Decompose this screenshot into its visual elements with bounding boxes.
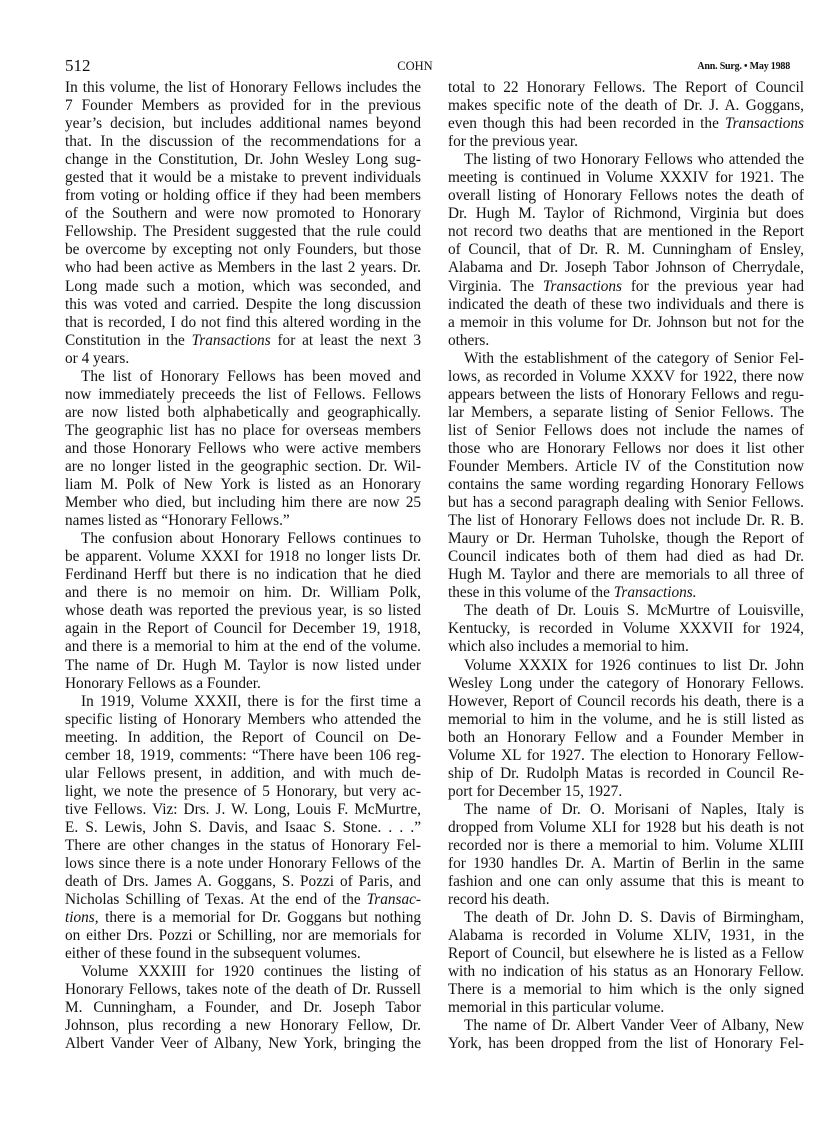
text-line: The death of Dr. John D. S. Davis of Bir…	[448, 909, 804, 927]
text-line: Volume XL for 1927. The election to Hono…	[448, 747, 804, 765]
text-line: Maury or Dr. Herman Tuholske, though the…	[448, 530, 804, 548]
text-line: With the establishment of the category o…	[448, 350, 804, 368]
text-line: There is a memorial to him which is the …	[448, 981, 804, 999]
text-line: and there is a memorial to him at the en…	[65, 638, 421, 656]
text-line: Nicholas Schilling of Texas. At the end …	[65, 891, 421, 909]
text-line: those who are Honorary Fellows nor does …	[448, 440, 804, 458]
italic-title: Transactions	[192, 332, 271, 349]
text-line: Volume XXXIII for 1920 continues the lis…	[65, 963, 421, 981]
text-line: ship of Dr. Rudolph Matas is recorded in…	[448, 765, 804, 783]
text-line: whose death was reported the previous ye…	[65, 602, 421, 620]
text-line: Virginia. The Transactions for the previ…	[448, 278, 804, 296]
text-line: overall listing of Honorary Fellows note…	[448, 187, 804, 205]
text-line: change in the Constitution, Dr. John Wes…	[65, 151, 421, 169]
text-line: liam M. Polk of New York is listed as an…	[65, 476, 421, 494]
text-line: York, has been dropped from the list of …	[448, 1035, 804, 1053]
text-line: Constitution in the Transactions for at …	[65, 332, 421, 350]
text-line: The death of Dr. Louis S. McMurtre of Lo…	[448, 602, 804, 620]
text-line: Albert Vander Veer of Albany, New York, …	[65, 1035, 421, 1053]
text-line: Council indicates both of them had died …	[448, 548, 804, 566]
text-line: who had been active as Members in the la…	[65, 259, 421, 277]
text-line: ular Fellows present, in addition, and w…	[65, 765, 421, 783]
text-line: year’s decision, but includes additional…	[65, 115, 421, 133]
text-line: are no longer listed in the geographic s…	[65, 458, 421, 476]
text-line: Honorary Fellows as a Founder.	[65, 675, 421, 693]
text-line: The name of Dr. Hugh M. Taylor is now li…	[65, 657, 421, 675]
text-line: memorial in this particular volume.	[448, 999, 804, 1017]
text-line: lows since there is a note under Honorar…	[65, 855, 421, 873]
text-line: Dr. Hugh M. Taylor of Richmond, Virginia…	[448, 205, 804, 223]
text-line: The listing of two Honorary Fellows who …	[448, 151, 804, 169]
text-line: not record two deaths that are mentioned…	[448, 223, 804, 241]
text-line: Wesley Long under the category of Honora…	[448, 675, 804, 693]
text-line: Long made such a motion, which was secon…	[65, 278, 421, 296]
left-column: In this volume, the list of Honorary Fel…	[65, 79, 421, 1054]
text-line: 7 Founder Members as provided for in the…	[65, 97, 421, 115]
text-line: gested that it would be a mistake to pre…	[65, 169, 421, 187]
text-line: tions, there is a memorial for Dr. Gogga…	[65, 909, 421, 927]
running-header: 512 COHN Ann. Surg. • May 1988	[0, 56, 816, 78]
text-line: that is recorded, I do not find this alt…	[65, 314, 421, 332]
text-line: indicated the death of these two individ…	[448, 296, 804, 314]
text-line: with no indication of his status as an H…	[448, 963, 804, 981]
text-line: list of Senior Fellows does not include …	[448, 422, 804, 440]
text-line: this was voted and carried. Despite the …	[65, 296, 421, 314]
text-line: Founder Members. Article IV of the Const…	[448, 458, 804, 476]
text-line: Report of Council, but elsewhere he is l…	[448, 945, 804, 963]
text-line: but has a second paragraph dealing with …	[448, 494, 804, 512]
text-line: dropped from Volume XLI for 1928 but his…	[448, 819, 804, 837]
text-line: from voting or holding office if they ha…	[65, 187, 421, 205]
text-line: The list of Honorary Fellows has been mo…	[65, 368, 421, 386]
text-line: Johnson, plus recording a new Honorary F…	[65, 1017, 421, 1035]
text-line: for 1930 handles Dr. A. Martin of Berlin…	[448, 855, 804, 873]
text-line: port for December 15, 1927.	[448, 783, 804, 801]
text-line: again in the Report of Council for Decem…	[65, 620, 421, 638]
text-line: cember 18, 1919, comments: “There have b…	[65, 747, 421, 765]
running-title: COHN	[0, 59, 816, 74]
italic-title: tions,	[65, 909, 99, 926]
text-line: even though this had been recorded in th…	[448, 115, 804, 133]
text-line: E. S. Lewis, John S. Davis, and Isaac S.…	[65, 819, 421, 837]
text-line: be apparent. Volume XXXI for 1918 no lon…	[65, 548, 421, 566]
text-line: names listed as “Honorary Fellows.”	[65, 512, 421, 530]
text-line: Member who died, but including him there…	[65, 494, 421, 512]
italic-title: Transactions.	[614, 584, 697, 601]
text-line: contains the same wording regarding Hono…	[448, 476, 804, 494]
text-line: lar Members, a separate listing of Senio…	[448, 404, 804, 422]
text-line: these in this volume of the Transactions…	[448, 584, 804, 602]
text-line: The confusion about Honorary Fellows con…	[65, 530, 421, 548]
text-line: The name of Dr. Albert Vander Veer of Al…	[448, 1017, 804, 1035]
text-line: be overcome by excepting not only Founde…	[65, 241, 421, 259]
text-line: Alabama is recorded in Volume XLIV, 1931…	[448, 927, 804, 945]
text-line: a memoir in this volume for Dr. Johnson …	[448, 314, 804, 332]
text-line: both an Honorary Fellow and a Founder Me…	[448, 729, 804, 747]
text-line: There are other changes in the status of…	[65, 837, 421, 855]
text-line: Alabama and Dr. Joseph Tabor Johnson of …	[448, 259, 804, 277]
text-line: others.	[448, 332, 804, 350]
text-line: total to 22 Honorary Fellows. The Report…	[448, 79, 804, 97]
text-line: The geographic list has no place for ove…	[65, 422, 421, 440]
text-line: and those Honorary Fellows who were acti…	[65, 440, 421, 458]
text-line: are now listed both alphabetically and g…	[65, 404, 421, 422]
text-line: lows, as recorded in Volume XXXV for 192…	[448, 368, 804, 386]
text-line: light, we note the presence of 5 Honorar…	[65, 783, 421, 801]
text-line: specific listing of Honorary Members who…	[65, 711, 421, 729]
text-line: M. Cunningham, a Founder, and Dr. Joseph…	[65, 999, 421, 1017]
italic-title: Transactions	[543, 278, 622, 295]
text-line: Kentucky, is recorded in Volume XXXVII f…	[448, 620, 804, 638]
text-line: However, Report of Council records his d…	[448, 693, 804, 711]
text-line: In 1919, Volume XXXII, there is for the …	[65, 693, 421, 711]
text-line: makes specific note of the death of Dr. …	[448, 97, 804, 115]
text-line: and there is no memoir on him. Dr. Willi…	[65, 584, 421, 602]
text-line: record his death.	[448, 891, 804, 909]
text-line: appears between the lists of Honorary Fe…	[448, 386, 804, 404]
text-line: In this volume, the list of Honorary Fel…	[65, 79, 421, 97]
journal-citation: Ann. Surg. • May 1988	[697, 61, 790, 72]
text-line: meeting. In addition, the Report of Coun…	[65, 729, 421, 747]
italic-title: Transactions	[725, 115, 804, 132]
text-line: Volume XXXIX for 1926 continues to list …	[448, 657, 804, 675]
italic-title: Transac-	[367, 891, 421, 908]
text-line: that. In the discussion of the recommend…	[65, 133, 421, 151]
text-line: Fellowship. The President suggested that…	[65, 223, 421, 241]
text-line: The name of Dr. O. Morisani of Naples, I…	[448, 801, 804, 819]
right-column: total to 22 Honorary Fellows. The Report…	[448, 79, 804, 1054]
text-line: of the Southern and were now promoted to…	[65, 205, 421, 223]
text-line: for the previous year.	[448, 133, 804, 151]
text-line: now immediately preceeds the list of Fel…	[65, 386, 421, 404]
text-line: Honorary Fellows, takes note of the deat…	[65, 981, 421, 999]
text-line: death of Drs. James A. Goggans, S. Pozzi…	[65, 873, 421, 891]
text-line: either of these found in the subsequent …	[65, 945, 421, 963]
text-line: memorial to him in the volume, and he is…	[448, 711, 804, 729]
text-line: which also includes a memorial to him.	[448, 638, 804, 656]
text-line: tive Fellows. Viz: Drs. J. W. Long, Loui…	[65, 801, 421, 819]
text-line: meeting is continued in Volume XXXIV for…	[448, 169, 804, 187]
text-line: Ferdinand Herff but there is no indicati…	[65, 566, 421, 584]
text-line: of Council, that of Dr. R. M. Cunningham…	[448, 241, 804, 259]
text-line: fashion and one can only assume that thi…	[448, 873, 804, 891]
text-line: recorded nor is there a memorial to him.…	[448, 837, 804, 855]
text-line: on either Drs. Pozzi or Schilling, nor a…	[65, 927, 421, 945]
text-line: Hugh M. Taylor and there are memorials t…	[448, 566, 804, 584]
text-line: or 4 years.	[65, 350, 421, 368]
text-line: The list of Honorary Fellows does not in…	[448, 512, 804, 530]
